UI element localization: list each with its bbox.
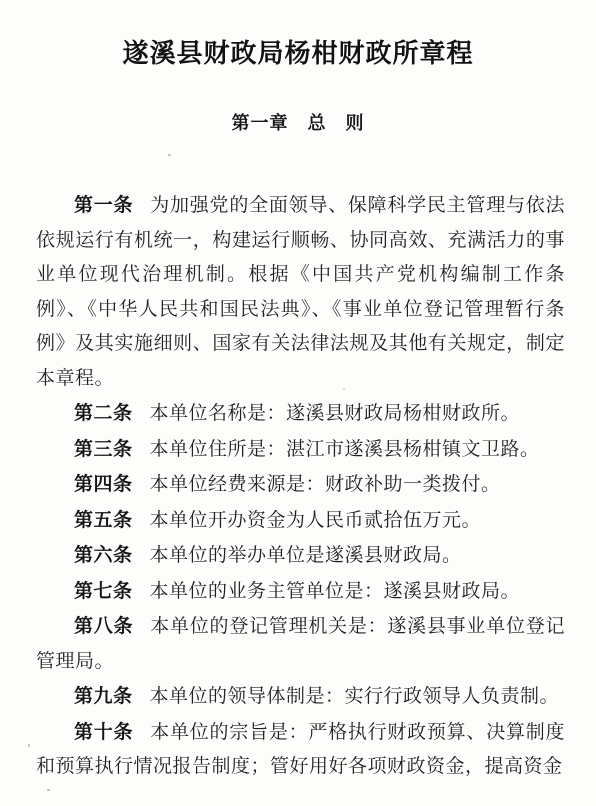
article-paragraph: 第九条本单位的领导体制是：实行行政领导人负责制。 <box>36 679 565 715</box>
article-paragraph: 第七条本单位的业务主管单位是：遂溪县财政局。 <box>36 574 565 610</box>
article-paragraph: 第五条本单位开办资金为人民币贰拾伍万元。 <box>36 503 565 539</box>
article-text: 本单位的业务主管单位是：遂溪县财政局。 <box>150 581 521 602</box>
article-text: 为加强党的全面领导、保障科学民主管理与依法依规运行有机统一，构建运行顺畅、协同高… <box>36 195 565 389</box>
article-paragraph: 第四条本单位经费来源是：财政补助一类拨付。 <box>36 467 565 503</box>
article-text: 本单位住所是：湛江市遂溪县杨柑镇文卫路。 <box>150 439 540 460</box>
article-paragraph: 第三条本单位住所是：湛江市遂溪县杨柑镇文卫路。 <box>36 432 565 468</box>
document-title: 遂溪县财政局杨柑财政所章程 <box>0 0 596 71</box>
article-number-label: 第五条 <box>74 509 133 531</box>
article-paragraph: 第一条为加强党的全面领导、保障科学民主管理与依法依规运行有机统一，构建运行顺畅、… <box>36 188 565 396</box>
article-number-label: 第十条 <box>74 721 133 743</box>
article-text: 本单位经费来源是：财政补助一类拨付。 <box>150 474 501 495</box>
scan-speck <box>28 744 30 747</box>
article-number-label: 第六条 <box>74 544 133 566</box>
article-number-label: 第九条 <box>74 685 133 707</box>
article-number-label: 第四条 <box>74 473 133 495</box>
article-number-label: 第七条 <box>74 580 133 602</box>
article-paragraph: 第二条本单位名称是：遂溪县财政局杨柑财政所。 <box>36 396 565 432</box>
article-number-label: 第一条 <box>74 194 133 216</box>
article-number-label: 第二条 <box>74 402 133 424</box>
article-text: 本单位开办资金为人民币贰拾伍万元。 <box>150 510 482 531</box>
article-paragraph: 第六条本单位的举办单位是遂溪县财政局。 <box>36 538 565 574</box>
article-number-label: 第八条 <box>74 615 133 637</box>
scan-speck <box>168 154 171 156</box>
scanned-document-page: 遂溪县财政局杨柑财政所章程 第一章 总 则 第一条为加强党的全面领导、保障科学民… <box>0 0 596 806</box>
article-text: 本单位的领导体制是：实行行政领导人负责制。 <box>150 686 560 707</box>
article-paragraph: 第八条本单位的登记管理机关是：遂溪县事业单位登记管理局。 <box>36 609 565 679</box>
article-text: 本单位名称是：遂溪县财政局杨柑财政所。 <box>150 403 521 424</box>
article-paragraph: 第十条本单位的宗旨是：严格执行财政预算、决算制度和预算执行情况报告制度；管好用好… <box>36 715 565 785</box>
article-text: 本单位的举办单位是遂溪县财政局。 <box>150 545 462 566</box>
document-body: 第一条为加强党的全面领导、保障科学民主管理与依法依规运行有机统一，构建运行顺畅、… <box>36 188 565 785</box>
chapter-heading: 第一章 总 则 <box>0 112 596 136</box>
article-number-label: 第三条 <box>74 438 133 460</box>
scan-speck <box>47 789 50 791</box>
scan-speck <box>343 388 345 390</box>
